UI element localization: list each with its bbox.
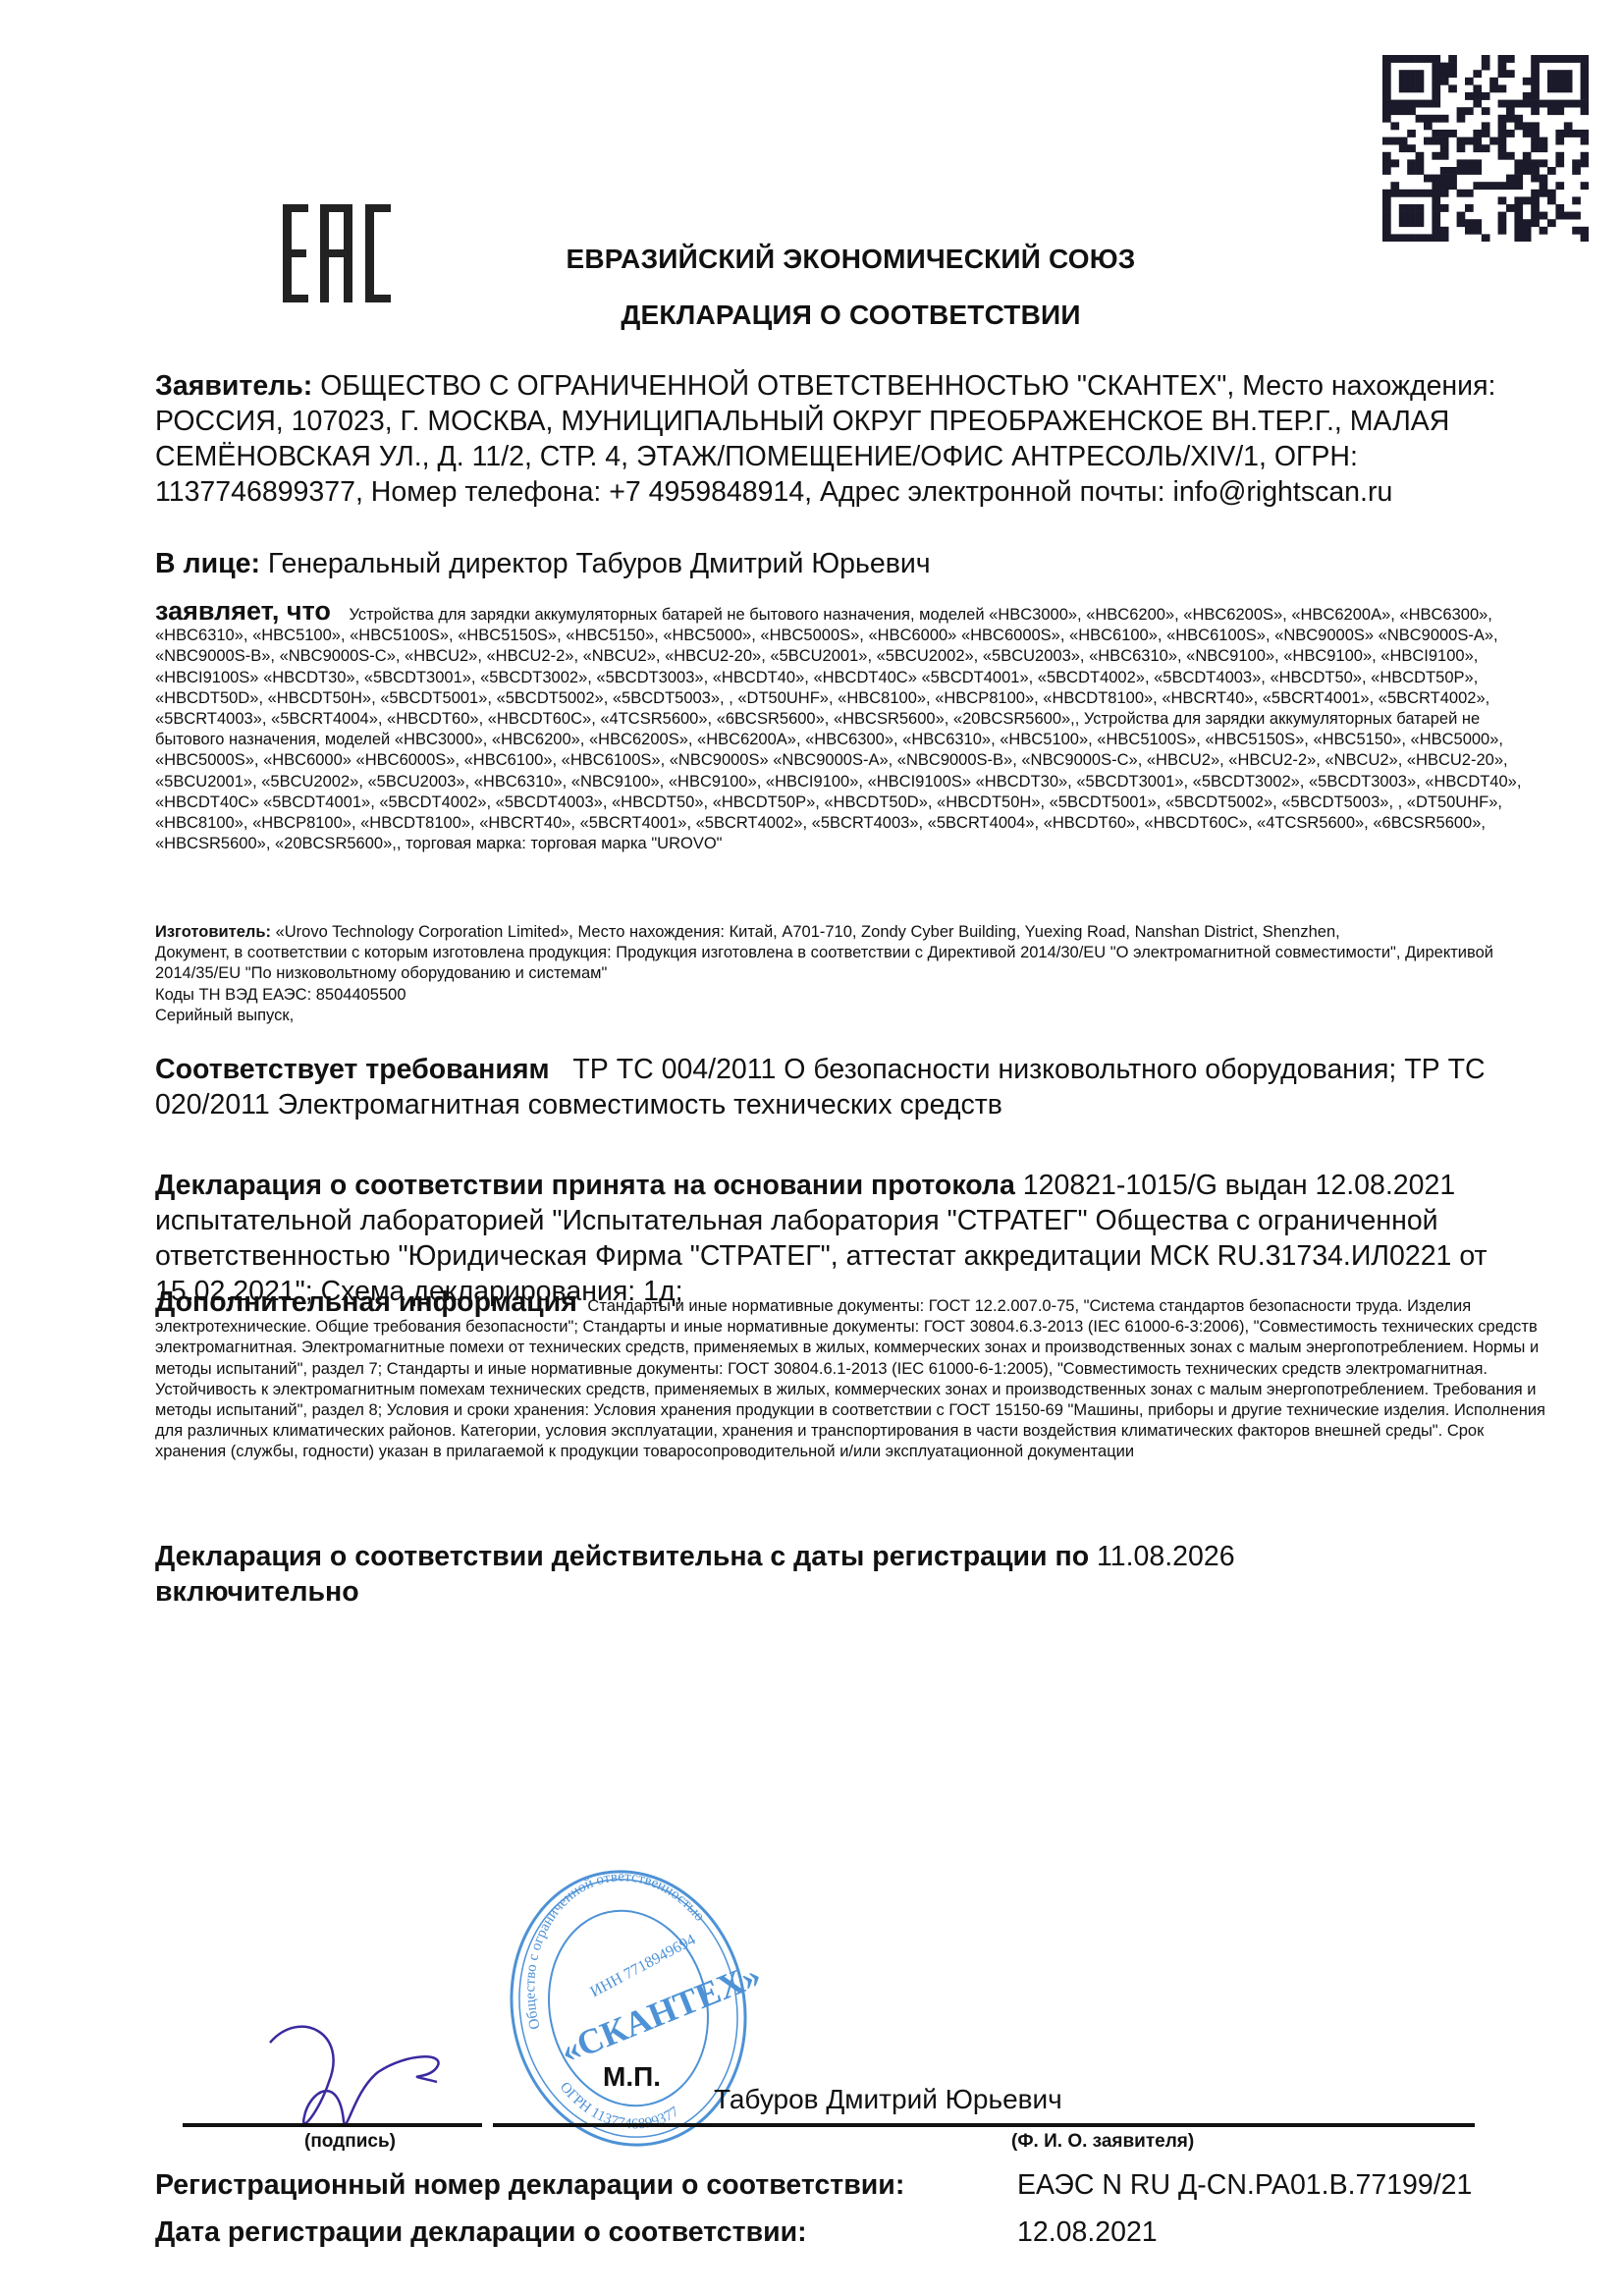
release-type: Серийный выпуск,	[155, 1006, 1530, 1026]
manufacturer-label: Изготовитель:	[155, 923, 271, 941]
representative-section: В лице: Генеральный директор Табуров Дми…	[155, 546, 1549, 581]
manufacturer-section: Изготовитель: «Urovo Technology Corporat…	[155, 922, 1530, 1026]
representative-text: Генеральный директор Табуров Дмитрий Юрь…	[268, 548, 931, 579]
svg-text:«СКАНТЕХ»: «СКАНТЕХ»	[555, 1955, 766, 2071]
validity-section: Декларация о соответствии действительна …	[155, 1539, 1549, 1610]
signature-caption: (подпись)	[304, 2131, 396, 2153]
applicant-text: ОБЩЕСТВО С ОГРАНИЧЕННОЙ ОТВЕТСТВЕННОСТЬЮ…	[155, 370, 1495, 508]
manufacturing-document: Документ, в соответствии с которым изгот…	[155, 943, 1530, 984]
stamp-place-label: М.П.	[603, 2061, 661, 2093]
applicant-section: Заявитель: ОБЩЕСТВО С ОГРАНИЧЕННОЙ ОТВЕТ…	[155, 368, 1549, 510]
document-title: ДЕКЛАРАЦИЯ О СООТВЕТСТВИИ	[0, 300, 1623, 331]
registration-number-value: ЕАЭС N RU Д-CN.РА01.В.77199/21	[1017, 2169, 1472, 2202]
registration-date-label: Дата регистрации декларации о соответств…	[155, 2216, 807, 2249]
declares-label: заявляет, что	[155, 596, 331, 626]
applicant-label: Заявитель:	[155, 370, 312, 402]
representative-label: В лице:	[155, 548, 260, 579]
validity-label: Декларация о соответствии действительна …	[155, 1541, 1089, 1572]
registration-date-value: 12.08.2021	[1017, 2216, 1158, 2249]
hs-codes: Коды ТН ВЭД ЕАЭС: 8504405500	[155, 985, 1530, 1006]
signer-name: Табуров Дмитрий Юрьевич	[714, 2084, 1062, 2115]
additional-info-label: Дополнительная информация	[155, 1286, 577, 1318]
declares-text: Устройства для зарядки аккумуляторных ба…	[155, 606, 1521, 852]
signature-line	[183, 2123, 482, 2127]
name-caption: (Ф. И. О. заявителя)	[1011, 2131, 1194, 2153]
manufacturer-text: «Urovo Technology Corporation Limited», …	[276, 923, 1340, 941]
union-title: ЕВРАЗИЙСКИЙ ЭКОНОМИЧЕСКИЙ СОЮЗ	[0, 244, 1623, 275]
validity-suffix: включительно	[155, 1576, 359, 1608]
additional-info-section: Дополнительная информация Стандарты и ин…	[155, 1292, 1549, 1463]
qr-code-icon	[1382, 55, 1589, 242]
conforms-section: Соответствует требованиям ТР ТС 004/2011…	[155, 1052, 1549, 1122]
declares-section: заявляет, что Устройства для зарядки акк…	[155, 601, 1549, 854]
registration-number-label: Регистрационный номер декларации о соотв…	[155, 2169, 904, 2202]
handwritten-signature	[260, 2013, 457, 2141]
additional-info-text: Стандарты и иные нормативные документы: …	[155, 1297, 1545, 1460]
validity-date: 11.08.2026	[1097, 1541, 1235, 1572]
name-line	[493, 2123, 1475, 2127]
basis-label: Декларация о соответствии принята на осн…	[155, 1170, 1015, 1201]
conforms-label: Соответствует требованиям	[155, 1054, 550, 1085]
